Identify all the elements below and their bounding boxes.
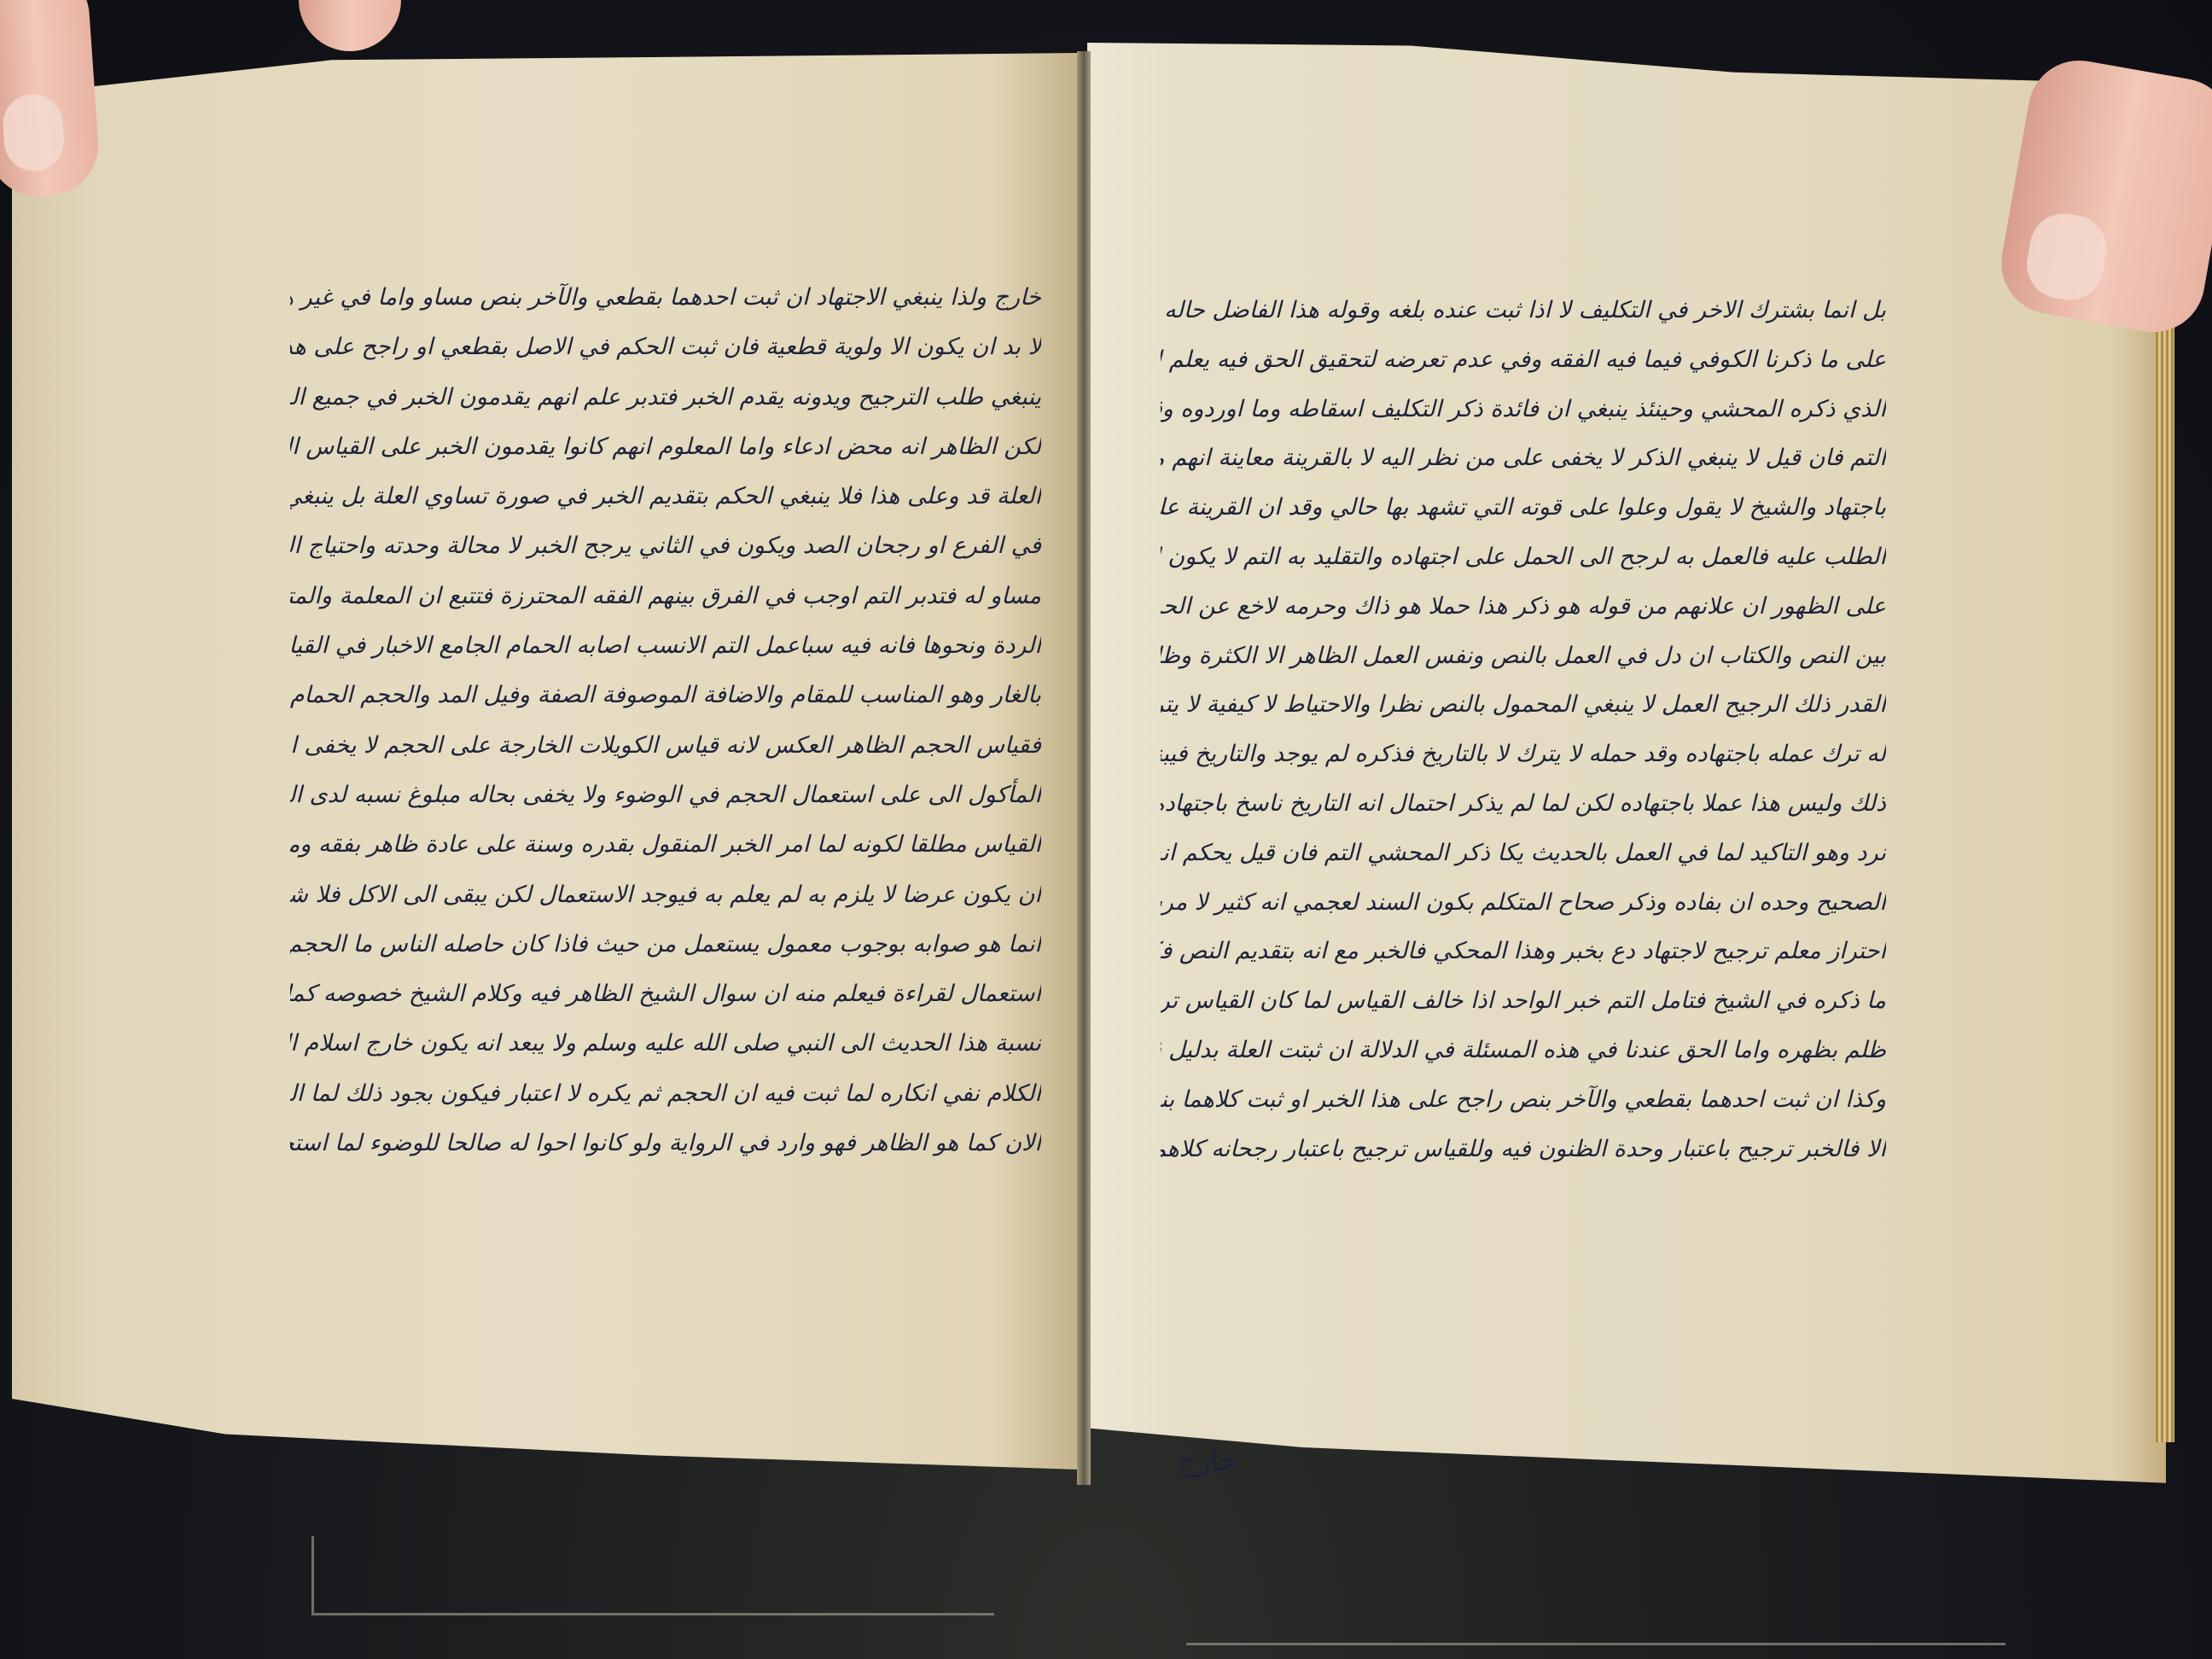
text-line: خارج ولذا ينبغي الاجتهاد ان ثبت احدهما ب… bbox=[290, 273, 1041, 323]
text-line: المأكول الى على استعمال الحجم في الوضوء … bbox=[290, 771, 1041, 820]
table-marking bbox=[311, 1613, 994, 1615]
text-line: الصحيح وحده ان بفاده وذكر صحاح المتكلم ب… bbox=[1161, 878, 1886, 928]
text-line: على ما ذكرنا الكوفي فيما فيه الفقه وفي ع… bbox=[1161, 335, 1886, 385]
text-line: بالغار وهو المناسب للمقام والاضافة الموص… bbox=[290, 671, 1041, 720]
text-line: الان كما هو الظاهر فهو وارد في الرواية و… bbox=[290, 1119, 1041, 1168]
text-line: لكن الظاهر انه محض ادعاء واما المعلوم ان… bbox=[290, 422, 1041, 472]
text-line: القدر ذلك الرجيح العمل لا ينبغي المحمول … bbox=[1161, 680, 1886, 730]
text-line: استعمال لقراءة فيعلم منه ان سوال الشيخ ا… bbox=[290, 969, 1041, 1019]
text-line: انما هو صوابه بوجوب معمول يستعمل من حيث … bbox=[290, 920, 1041, 969]
text-line: نسبة هذا الحديث الى النبي صلى الله عليه … bbox=[290, 1019, 1041, 1068]
text-line: الطلب عليه فالعمل به لرجح الى الحمل على … bbox=[1161, 533, 1886, 582]
catchword: خارج bbox=[1178, 1444, 1237, 1478]
text-line: في الفرع او رجحان الصد ويكون في الثاني ي… bbox=[290, 521, 1041, 571]
book-gutter bbox=[1077, 51, 1091, 1485]
left-page-text: خارج ولذا ينبغي الاجتهاد ان ثبت احدهما ب… bbox=[290, 273, 1041, 1168]
text-line: لا بد ان يكون الا ولوية قطعية فان ثبت ال… bbox=[290, 323, 1041, 372]
text-line: ما ذكره في الشيخ فتامل التم خبر الواحد ا… bbox=[1161, 976, 1886, 1026]
text-line: بل انما بشترك الاخر في التكليف لا اذا ثب… bbox=[1161, 286, 1886, 335]
text-line: ظلم بظهره واما الحق عندنا في هذه المسئلة… bbox=[1161, 1026, 1886, 1075]
text-line: التم فان قيل لا ينبغي الذكر لا يخفى على … bbox=[1161, 434, 1886, 483]
text-line: له ترك عمله باجتهاده وقد حمله لا يترك لا… bbox=[1161, 730, 1886, 779]
text-line: احتراز معلم ترجيح لاجتهاد دع بخبر وهذا ا… bbox=[1161, 927, 1886, 976]
text-line: وكذا ان ثبت احدهما بقطعي والآخر بنص راجح… bbox=[1161, 1075, 1886, 1125]
text-line: الا فالخبر ترجيح باعتبار وحدة الظنون فيه… bbox=[1161, 1125, 1886, 1174]
text-line: الكلام نفي انكاره لما ثبت فيه ان الحجم ث… bbox=[290, 1069, 1041, 1119]
text-line: على الظهور ان علانهم من قوله هو ذكر هذا … bbox=[1161, 582, 1886, 632]
thumb-holding-page bbox=[0, 0, 102, 200]
right-page-text: بل انما بشترك الاخر في التكليف لا اذا ثب… bbox=[1161, 286, 1886, 1173]
text-line: الردة ونحوها فانه فيه سباعمل التم الانسب… bbox=[290, 621, 1041, 671]
text-line: مساو له فتدبر التم اوجب في الفرق بينهم ا… bbox=[290, 572, 1041, 621]
text-line: باجتهاد والشيخ لا يقول وعلوا على قوته ال… bbox=[1161, 483, 1886, 533]
text-line: بين النص والكتاب ان دل في العمل بالنص ون… bbox=[1161, 632, 1886, 681]
text-line: ينبغي طلب الترجيح ويدونه يقدم الخبر فتدب… bbox=[290, 373, 1041, 422]
table-marking bbox=[311, 1536, 314, 1613]
text-line: العلة قد وعلى هذا فلا ينبغي الحكم بتقديم… bbox=[290, 472, 1041, 521]
text-line: القياس مطلقا لكونه لما امر الخبر المنقول… bbox=[290, 820, 1041, 870]
text-line: الذي ذكره المحشي وحينئذ ينبغي ان فائدة ذ… bbox=[1161, 385, 1886, 434]
text-line: فقياس الحجم الظاهر العكس لانه قياس الكوي… bbox=[290, 721, 1041, 771]
text-line: نرد وهو التاكيد لما في العمل بالحديث يكا… bbox=[1161, 829, 1886, 878]
table-marking bbox=[1186, 1643, 2005, 1645]
text-line: ذلك وليس هذا عملا باجتهاده لكن لما لم يذ… bbox=[1161, 779, 1886, 829]
text-line: ان يكون عرضا لا يلزم به لم يعلم به فيوجد… bbox=[290, 870, 1041, 920]
